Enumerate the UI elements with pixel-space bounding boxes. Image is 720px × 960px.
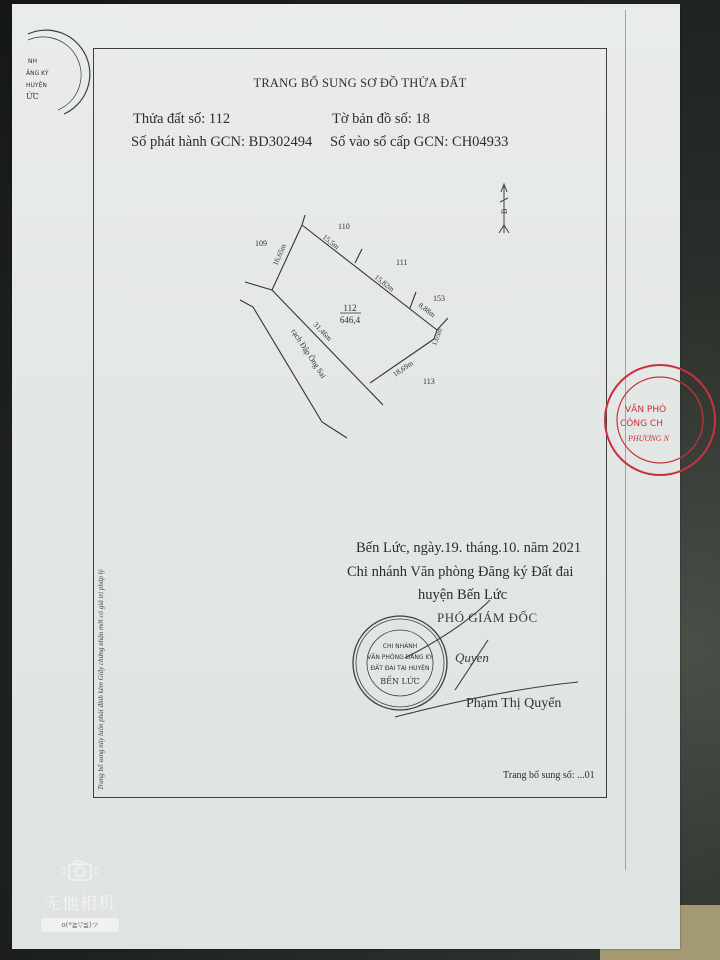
svg-text:NH: NH bbox=[28, 58, 37, 65]
neighbor-111: 111 bbox=[396, 258, 407, 267]
watermark-title: 无他相机 bbox=[30, 889, 130, 914]
parcel-diagram: B 109 110 111 153 113 112 646,4 16,65m 1… bbox=[0, 0, 720, 960]
svg-text:VĂN PHÒ: VĂN PHÒ bbox=[625, 403, 666, 415]
signing-office-line-1: Chi nhánh Văn phòng Đăng ký Đất đai bbox=[347, 564, 573, 581]
validity-note: Trang bổ sung này luôn phải đính kèm Giấ… bbox=[97, 569, 105, 790]
office-seal: CHI NHÁNH VĂN PHÒNG ĐĂNG KÝ ĐẤT ĐAI TẠI … bbox=[353, 616, 447, 710]
edge-label-15-5: 15,5m bbox=[321, 232, 342, 251]
svg-text:ỨC: ỨC bbox=[26, 92, 39, 101]
parcel-area: 646,4 bbox=[340, 315, 361, 325]
signature-date: Bến Lức, ngày.19. tháng.10. năm 2021 bbox=[356, 540, 581, 557]
svg-text:HUYỆN: HUYỆN bbox=[26, 81, 47, 89]
signer-name: Phạm Thị Quyển bbox=[466, 696, 561, 712]
edge-label-18-69: 18,69m bbox=[391, 358, 415, 378]
north-label: B bbox=[500, 209, 509, 214]
neighbor-113: 113 bbox=[423, 377, 435, 386]
edge-label-16-65: 16,65m bbox=[271, 242, 289, 267]
camera-app-watermark: 无他相机 o(*≧▽≦)ツ bbox=[30, 858, 130, 932]
edge-label-1-65: 1,65m bbox=[430, 327, 444, 347]
parcel-id: 112 bbox=[343, 303, 356, 313]
svg-text:PHƯƠNG N: PHƯƠNG N bbox=[627, 434, 670, 443]
svg-text:CHI NHÁNH: CHI NHÁNH bbox=[383, 643, 417, 650]
svg-text:CÔNG CH: CÔNG CH bbox=[620, 417, 663, 429]
red-notary-seal: VĂN PHÒ CÔNG CH PHƯƠNG N bbox=[605, 365, 715, 475]
left-partial-seal: NH ĂNG KÝ HUYỆN ỨC bbox=[26, 30, 90, 114]
neighbor-109: 109 bbox=[255, 239, 267, 248]
signing-office-line-2: huyện Bến Lức bbox=[418, 587, 507, 604]
parcel-outline bbox=[240, 215, 448, 438]
camera-icon bbox=[60, 858, 100, 884]
svg-text:ĂNG KÝ: ĂNG KÝ bbox=[26, 70, 49, 77]
signature-scribble: Quyen bbox=[455, 650, 489, 665]
watermark-ribbon: o(*≧▽≦)ツ bbox=[41, 918, 119, 932]
neighbor-110: 110 bbox=[338, 222, 350, 231]
supplement-page-number: Trang bổ sung số: ...01 bbox=[503, 770, 595, 781]
svg-text:ĐẤT ĐAI TẠI HUYỆN: ĐẤT ĐAI TẠI HUYỆN bbox=[371, 664, 430, 672]
svg-text:VĂN PHÒNG ĐĂNG KÝ: VĂN PHÒNG ĐĂNG KÝ bbox=[367, 654, 433, 661]
signer-role: PHÓ GIÁM ĐỐC bbox=[437, 610, 538, 626]
north-arrow-icon bbox=[499, 184, 509, 233]
neighbor-153: 153 bbox=[433, 294, 445, 303]
svg-text:BẾN LỨC: BẾN LỨC bbox=[380, 676, 419, 686]
edge-label-31-46: 31,46m bbox=[312, 320, 334, 343]
